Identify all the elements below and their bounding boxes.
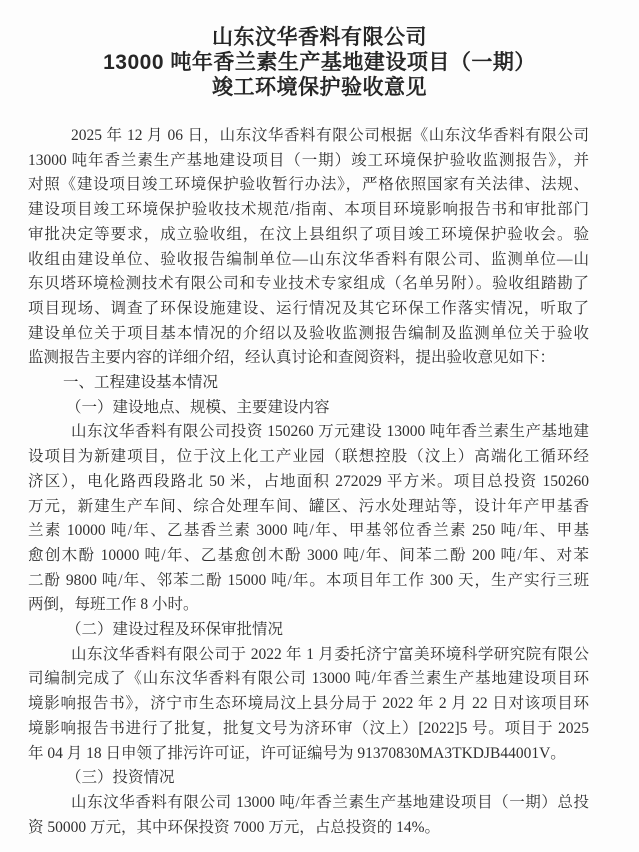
section-heading-line: （二）建设过程及环保审批情况 — [28, 618, 589, 643]
text-line: 2025 年 12 月 06 日，山东汶华香料有限公司根据《山东汶华香料有限公司 — [28, 124, 589, 149]
text-line: 审批决定等要求，成立验收组，在汶上县组织了项目竣工环境保护验收会。验 — [28, 223, 589, 248]
text-line: 境影响报告书进行了批复，批复文号为济环审（汶上）[2022]5 号。项目于 20… — [28, 717, 589, 742]
text-line: 设项目为新建项目，位于汶上化工产业园（联想控股（汶上）高端化工循环经 — [28, 445, 589, 470]
text-line: 山东汶华香料有限公司投资 150260 万元建设 13000 吨年香兰素生产基地… — [28, 420, 589, 445]
text-line: 兰素 10000 吨/年、乙基香兰素 3000 吨/年、甲基邻位香兰素 250 … — [28, 519, 589, 544]
section-heading-line: （三）投资情况 — [28, 766, 589, 791]
text-line: 建设单位关于项目基本情况的介绍以及验收监测报告编制及监测单位关于验收 — [28, 322, 589, 347]
text-line: 东贝塔环境检测技术有限公司和专业技术专家组成（名单另附）。验收组踏勘了 — [28, 272, 589, 297]
document-page: 山东汶华香料有限公司13000 吨年香兰素生产基地建设项目（一期）竣工环境保护验… — [0, 0, 639, 852]
text-line: 愈创木酚 10000 吨/年、乙基愈创木酚 3000 吨/年、间苯二酚 200 … — [28, 544, 589, 569]
text-line: 山东汶华香料有限公司于 2022 年 1 月委托济宁富美环境科学研究院有限公 — [28, 643, 589, 668]
text-line: 建设项目竣工环境保护验收技术规范/指南、本项目环境影响报告书和审批部门 — [28, 198, 589, 223]
text-line: 13000 吨年香兰素生产基地建设项目（一期）竣工环境保护验收监测报告》，并 — [28, 149, 589, 174]
section-heading-line: 一、工程建设基本情况 — [28, 371, 589, 396]
text-line: 两倒，每班工作 8 小时。 — [28, 593, 589, 618]
text-line: 收组由建设单位、验收报告编制单位—山东汶华香料有限公司、监测单位—山 — [28, 248, 589, 273]
text-line: 对照《建设项目竣工环境保护验收暂行办法》，严格依照国家有关法律、法规、 — [28, 173, 589, 198]
document-title: 山东汶华香料有限公司13000 吨年香兰素生产基地建设项目（一期）竣工环境保护验… — [0, 25, 639, 100]
text-line: 山东汶华香料有限公司 13000 吨/年香兰素生产基地建设项目（一期）总投 — [28, 791, 589, 816]
text-line: 二酚 9800 吨/年、邻苯二酚 15000 吨/年。本项目年工作 300 天，… — [28, 569, 589, 594]
text-line: 年 04 月 18 日申领了排污许可证，许可证编号为 91370830MA3TK… — [28, 742, 589, 767]
document-title-line: 竣工环境保护验收意见 — [0, 75, 639, 100]
text-line: 资 50000 万元，其中环保投资 7000 万元，占总投资的 14%。 — [28, 816, 589, 841]
text-line: 万元，新建生产车间、综合处理车间、罐区、污水处理站等，设计年产甲基香 — [28, 495, 589, 520]
section-heading-line: （一）建设地点、规模、主要建设内容 — [28, 396, 589, 421]
document-body: 2025 年 12 月 06 日，山东汶华香料有限公司根据《山东汶华香料有限公司… — [28, 124, 589, 840]
text-line: 司编制完成了《山东汶华香料有限公司 13000 吨/年香兰素生产基地建设项目环 — [28, 667, 589, 692]
text-line: 监测报告主要内容的详细介绍，经认真讨论和查阅资料，提出验收意见如下： — [28, 346, 589, 371]
text-line: 境影响报告书》，济宁市生态环境局汶上县分局于 2022 年 2 月 22 日对该… — [28, 692, 589, 717]
text-line: 济区），电化路西段路北 50 米，占地面积 272029 平方米。项目总投资 1… — [28, 470, 589, 495]
document-title-line: 13000 吨年香兰素生产基地建设项目（一期） — [0, 50, 639, 75]
document-title-line: 山东汶华香料有限公司 — [0, 25, 639, 50]
text-line: 项目现场、调查了环保设施建设、运行情况及其它环保工作落实情况，听取了 — [28, 297, 589, 322]
